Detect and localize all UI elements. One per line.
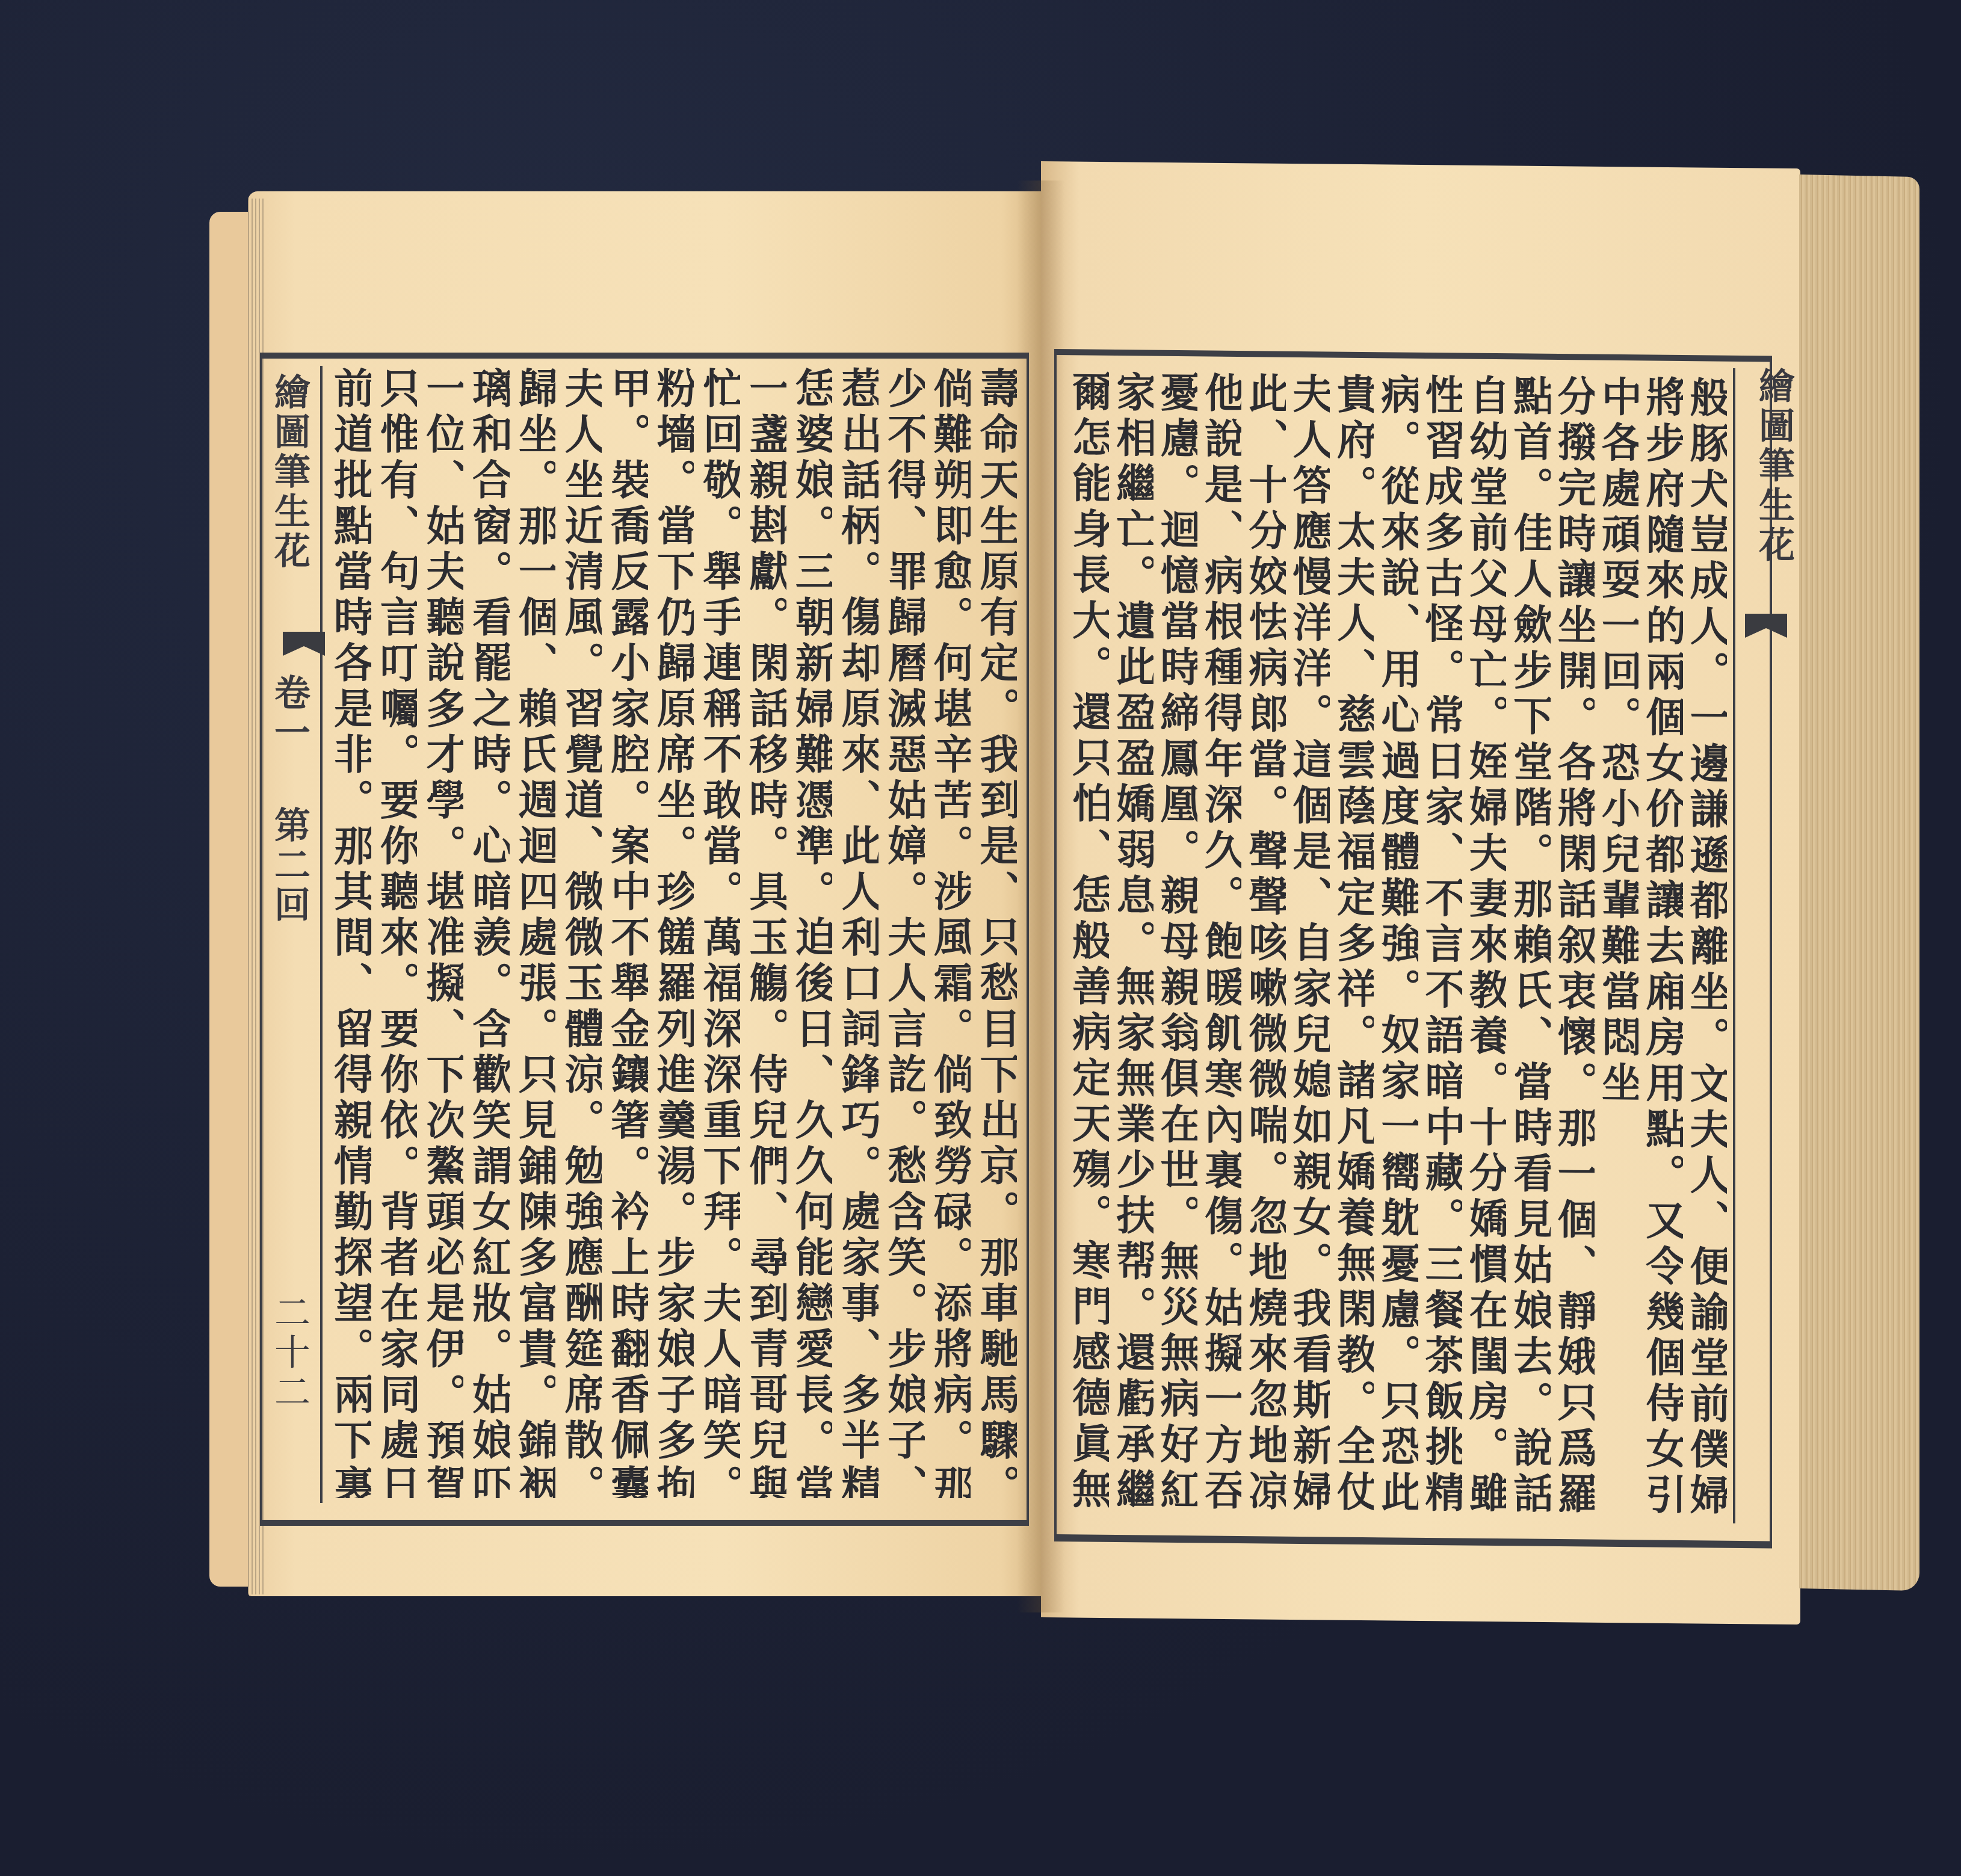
text-column: 他說是、病根種得年深久。飽暖飢寒內裏傷。姑擬一方吞兩劑。不痊另請好岐黃。妾身爲此… — [1197, 371, 1241, 1515]
text-column: 甲。裝喬反露小家腔。案中不舉金鑲箸。衿上時翻香佩囊。雖及端陽天未熱。頻搖紈扇袖輕… — [602, 367, 648, 1498]
text-column: 一盞親斟獻。閑話移時。具玉觴。侍兒們、尋到青哥兒與妹。文太太、起身定席禮安詳。步… — [740, 367, 786, 1498]
text-column: 家相繼亡。遺此盈盈嬌弱息。無家無業少扶帮。還虧承繼賢兄嫂。這幾載、撫恤辛勤費盡腸… — [1109, 371, 1153, 1514]
text-column: 一位、姑夫聽說多才學。堪准擬、下次鰲頭必是伊。預賀姑娘眞有福。怕不是此生富貴兩全… — [417, 367, 463, 1498]
text-column: 病。從來說、用心過度體難強。奴家一嚮躭憂慮。只恐此、忒煞姣痴命不長。喜今朝、僥倖… — [1374, 373, 1418, 1517]
open-book: 繪圖筆生花 卷一 第二回 二十二 繪圖筆生花 壽命天生原有定。我到是、只愁目下出… — [0, 0, 1961, 1876]
text-column: 將步府隨來的兩個女价都讓去廂房用點。又令幾個侍女引帶了青哥兒妹二人去到家 — [1638, 375, 1682, 1519]
text-column: 只惟有、句言叮囑。要你聽來。要你依。背者在家同處日。愚兄嫂、豈無閑話一些微。此來… — [371, 367, 418, 1498]
text-column: 倘難朔即愈。何堪辛苦。涉風霜。倘致勞碌。添將病。那時節、難免旁人論短長。不說本爲… — [925, 367, 971, 1498]
running-title-right: 繪圖筆生花 — [1748, 367, 1800, 566]
text-column: 夫人坐近清風。習覺道、微微玉體涼。勉強應酬筵席散。步靜娥、便邀娌嫂至香房。更衣凈… — [555, 367, 602, 1498]
right-page-text: 般豚犬豈成人。一邊謙遜都離坐。文夫人、便諭堂前僕婦們。 將步府隨來的兩個女价都讓… — [1065, 370, 1727, 1520]
left-page-text: 壽命天生原有定。我到是、只愁目下出京。那車馳馬驟。就驚恐傷此嬌軀。怎抵當。便令其… — [325, 367, 1017, 1498]
text-column: 璃和合窗。看罷之時。心暗羨。含歡笑謂女紅妝。姑娘吓。我道生來品不低。果然今作貴家… — [463, 367, 510, 1498]
text-column: 憂慮。迴憶當時締鳳凰。親母親翁俱在世。無災無病好紅妝。却誰知、榮枯世事難猜料。不… — [1153, 371, 1197, 1514]
text-column: 惹出話柄。傷却原來、此人利口詞鋒巧。處家事、多半精明性子強。我處姑娘遲慢。態定難… — [832, 367, 879, 1498]
right-page-stacked-edges — [1799, 174, 1919, 1591]
text-column: 恁婆娘。三朝新婦難憑準。迫後日、久久何能戀愛長。當下攀談三五句。靜娥小姐上華堂。… — [786, 367, 833, 1498]
text-column: 此、十分姣怯病郎當。聲聲咳嗽微微喘。忽地燒來忽地凉。昨、已延醫爲看視。大夫立案頗… — [1241, 372, 1285, 1516]
volume-label: 卷一 — [264, 674, 315, 753]
text-column: 少不得、罪歸曆滅惡姑嫜。夫人言訖。愁含笑。步娘子、兩朶紅雲上面龐。暗想不該爲此語… — [879, 367, 925, 1498]
text-column: 歸坐。那一個、賴氏週迴四處張。只見鋪陳多富貴。錦裀綉褥象牙牀。溫香陣陣焚爐篆。五… — [510, 367, 556, 1498]
text-column: 前道批點當時各是非。那其間、留得親情勤探望。兩下裏、來來往往有光儀。莫教自己丟顏… — [325, 367, 371, 1498]
text-column: 分撥完時讓坐開。各將閑話叙衷懷。那一個、靜娥只爲羅衫汚。告退歸房欲換來。太太坐中… — [1551, 375, 1595, 1519]
text-column: 中各處頑耍一回。恐小兒輩難當悶坐 — [1595, 375, 1638, 1519]
text-column: 般豚犬豈成人。一邊謙遜都離坐。文夫人、便諭堂前僕婦們。 — [1683, 376, 1727, 1520]
text-column: 點首。佳人歛步下堂階。那賴氏、當時看見姑娘去。說話之中便使乖。親母呀。寒家這位小… — [1506, 374, 1550, 1518]
left-margin-rule — [320, 366, 323, 1503]
text-column: 貴府。太夫人、慈雲蔭福定多祥。諸凡嬌養無閑教。全仗包涵莫較量。賴氏言完微帶笑。這… — [1330, 372, 1374, 1516]
right-margin-rule — [1733, 368, 1735, 1523]
text-column: 自幼堂前父母亡。姪婦夫妻來教養。十分嬌慣在閨房。雖然針黹諸般曉。費我辛勤一片腸。… — [1462, 374, 1506, 1517]
text-column: 爾怎能身長大。還只怕、恁般善病定天殤。寒門感德眞無旣。今日裏、天幸完成鸞鳳行。這… — [1065, 370, 1109, 1514]
text-column: 忙回敬。舉手連稱不敢當。萬福深深重下拜。夫人暗笑。態行藏。無何只得來回禮。失笑千… — [694, 367, 740, 1498]
text-column: 粉墻。當下仍歸原席坐。珍饈羅列進羹湯。步家娘子多拘束。虛坐華筵。點不嘗。賣俏半伸… — [648, 367, 694, 1498]
text-column: 夫人答應慢洋洋。這個是、自家兒媳如親女。我看斯新婦溫柔性。尚有甚差池容不得到嫌 — [1286, 372, 1330, 1516]
page-number: 二十二 — [264, 1294, 315, 1413]
chapter-label: 第二回 — [264, 806, 315, 925]
text-column: 壽命天生原有定。我到是、只愁目下出京。那車馳馬驟。就驚恐傷此嬌軀。怎抵當。便令其… — [971, 367, 1017, 1498]
text-column: 性習成多古怪。常日家、不言不語暗中藏。三餐茶飯挑精美。這不嘗來那不嘗。爲此懨懨如… — [1418, 374, 1462, 1517]
